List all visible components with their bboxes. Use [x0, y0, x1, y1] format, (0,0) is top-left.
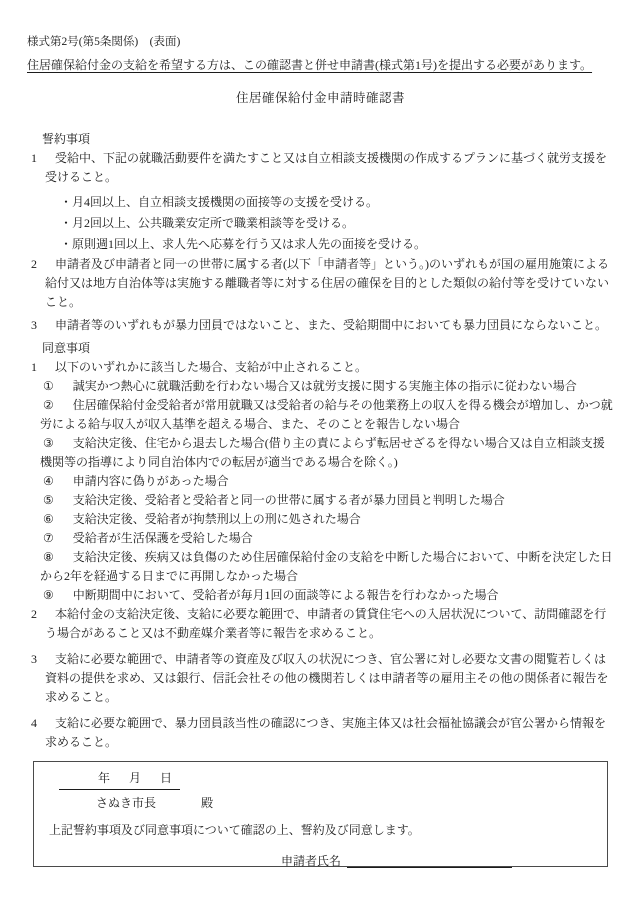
consent-subitem-6: ⑥支給決定後、受給者が拘禁刑以上の刑に処された場合: [27, 510, 614, 529]
pledge-section-heading: 誓約事項: [27, 130, 614, 149]
subitem-number: ⑨: [43, 588, 54, 602]
bullet-item-weekly-applications: ・原則週1回以上、求人先へ応募を行う又は求人先の面接を受ける。: [27, 234, 614, 255]
applicant-name-label: 申請者氏名: [281, 854, 341, 868]
subitem-text: 受給者が生活保護を受給した場合: [73, 531, 253, 545]
subitem-number: ⑦: [43, 531, 54, 545]
consent-subitem-1: ①誠実かつ熱心に就職活動を行わない場合又は就労支援に関する実施主体の指示に従わな…: [27, 377, 614, 396]
applicant-name-line: 申請者氏名: [281, 851, 607, 871]
consent-subitem-2: ②住居確保給付金受給者が常用就職又は受給者の給与その他業務上の収入を得る機会が増…: [27, 396, 614, 434]
consent-subitem-4: ④申請内容に偽りがあった場合: [27, 472, 614, 491]
consent-item-2: 2本給付金の支給決定後、支給に必要な範囲で、申請者の賃貸住宅への入居状況について…: [27, 605, 614, 643]
subitem-text: 支給決定後、受給者が拘禁刑以上の刑に処された場合: [73, 512, 361, 526]
day-label: 日: [160, 771, 172, 785]
subitem-text: 支給決定後、住宅から退去した場合(借り主の責によらず転居せざるを得ない場合又は自…: [40, 436, 605, 469]
signature-box: 年月日 さぬき市長殿 上記誓約事項及び同意事項について確認の上、誓約及び同意しま…: [33, 761, 608, 867]
item-text: 申請者等のいずれもが暴力団員ではないこと、また、受給期間中においても暴力団員にな…: [55, 318, 607, 332]
year-label: 年: [98, 771, 110, 785]
subitem-text: 中断期間中において、受給者が毎月1回の面談等による報告を行わなかった場合: [73, 588, 499, 602]
subitem-number: ⑥: [43, 512, 54, 526]
item-number: 2: [31, 607, 37, 621]
consent-item-4: 4支給に必要な範囲で、暴力団員該当性の確認につき、実施主体又は社会福祉協議会が官…: [27, 714, 614, 752]
subitem-number: ①: [43, 379, 54, 393]
document-page: 様式第2号(第5条関係) (表面) 住居確保給付金の支給を希望する方は、この確認…: [0, 0, 630, 903]
consent-item-1: 1以下のいずれかに該当した場合、支給が中止されること。: [27, 358, 614, 377]
pledge-item-1: 1受給中、下記の就職活動要件を満たすこと又は自立相談支援機関の作成するプランに基…: [27, 149, 614, 187]
subitem-text: 申請内容に偽りがあった場合: [73, 474, 229, 488]
addressee-name: さぬき市長: [96, 796, 156, 810]
subitem-text: 支給決定後、受給者と受給者と同一の世帯に属する者が暴力団員と判明した場合: [73, 493, 505, 507]
honorific: 殿: [201, 796, 213, 810]
subitem-number: ③: [43, 436, 54, 450]
subitem-number: ⑤: [43, 493, 54, 507]
job-activity-bullet-list: ・月4回以上、自立相談支援機関の面接等の支援を受ける。 ・月2回以上、公共職業安…: [27, 192, 614, 255]
pledge-item-2: 2申請者及び申請者と同一の世帯に属する者(以下「申請者等」という。)のいずれもが…: [27, 255, 614, 312]
item-number: 1: [31, 360, 37, 374]
pledge-item-3: 3申請者等のいずれもが暴力団員ではないこと、また、受給期間中においても暴力団員に…: [27, 316, 614, 335]
date-fill-in-underline: 年月日: [59, 768, 180, 790]
bullet-item-monthly-interviews: ・月4回以上、自立相談支援機関の面接等の支援を受ける。: [27, 192, 614, 213]
document-title: 住居確保給付金申請時確認書: [27, 89, 614, 107]
subitem-text: 誠実かつ熱心に就職活動を行わない場合又は就労支援に関する実施主体の指示に従わない…: [73, 379, 577, 393]
item-text: 申請者及び申請者と同一の世帯に属する者(以下「申請者等」という。)のいずれもが国…: [45, 257, 609, 309]
consent-subitem-9: ⑨中断期間中において、受給者が毎月1回の面談等による報告を行わなかった場合: [27, 586, 614, 605]
item-number: 4: [31, 716, 37, 730]
consent-section-heading: 同意事項: [27, 339, 614, 358]
subitem-number: ⑧: [43, 550, 54, 564]
consent-item-3: 3支給に必要な範囲で、申請者等の資産及び収入の状況につき、官公署に対し必要な文書…: [27, 650, 614, 707]
submission-notice: 住居確保給付金の支給を希望する方は、この確認書と併せ申請書(様式第1号)を提出す…: [27, 56, 614, 74]
item-text: 本給付金の支給決定後、支給に必要な範囲で、申請者の賃貸住宅への入居状況について、…: [45, 607, 606, 640]
item-number: 2: [31, 257, 37, 271]
date-line: 年月日: [59, 768, 607, 790]
item-number: 3: [31, 652, 37, 666]
item-number: 3: [31, 318, 37, 332]
consent-subitem-8: ⑧支給決定後、疾病又は負傷のため住居確保給付金の支給を中断した場合において、中断…: [27, 548, 614, 586]
consent-subitem-3: ③支給決定後、住宅から退去した場合(借り主の責によらず転居せざるを得ない場合又は…: [27, 434, 614, 472]
applicant-name-underline: [347, 854, 512, 868]
consent-subitem-7: ⑦受給者が生活保護を受給した場合: [27, 529, 614, 548]
consent-statement: 上記誓約事項及び同意事項について確認の上、誓約及び同意します。: [49, 820, 607, 840]
item-text: 受給中、下記の就職活動要件を満たすこと又は自立相談支援機関の作成するプランに基づ…: [45, 151, 607, 184]
subitem-text: 支給決定後、疾病又は負傷のため住居確保給付金の支給を中断した場合において、中断を…: [40, 550, 613, 583]
item-text: 支給に必要な範囲で、暴力団員該当性の確認につき、実施主体又は社会福祉協議会が官公…: [45, 716, 606, 749]
subitem-number: ②: [43, 398, 54, 412]
item-text: 支給に必要な範囲で、申請者等の資産及び収入の状況につき、官公署に対し必要な文書の…: [45, 652, 609, 704]
bullet-item-job-center: ・月2回以上、公共職業安定所で職業相談等を受ける。: [27, 213, 614, 234]
consent-subitem-5: ⑤支給決定後、受給者と受給者と同一の世帯に属する者が暴力団員と判明した場合: [27, 491, 614, 510]
subitem-number: ④: [43, 474, 54, 488]
month-label: 月: [129, 771, 141, 785]
subitem-text: 住居確保給付金受給者が常用就職又は受給者の給与その他業務上の収入を得る機会が増加…: [40, 398, 613, 431]
item-number: 1: [31, 151, 37, 165]
item-text: 以下のいずれかに該当した場合、支給が中止されること。: [55, 360, 367, 374]
form-number: 様式第2号(第5条関係) (表面): [27, 34, 614, 51]
addressee-line: さぬき市長殿: [96, 793, 607, 813]
